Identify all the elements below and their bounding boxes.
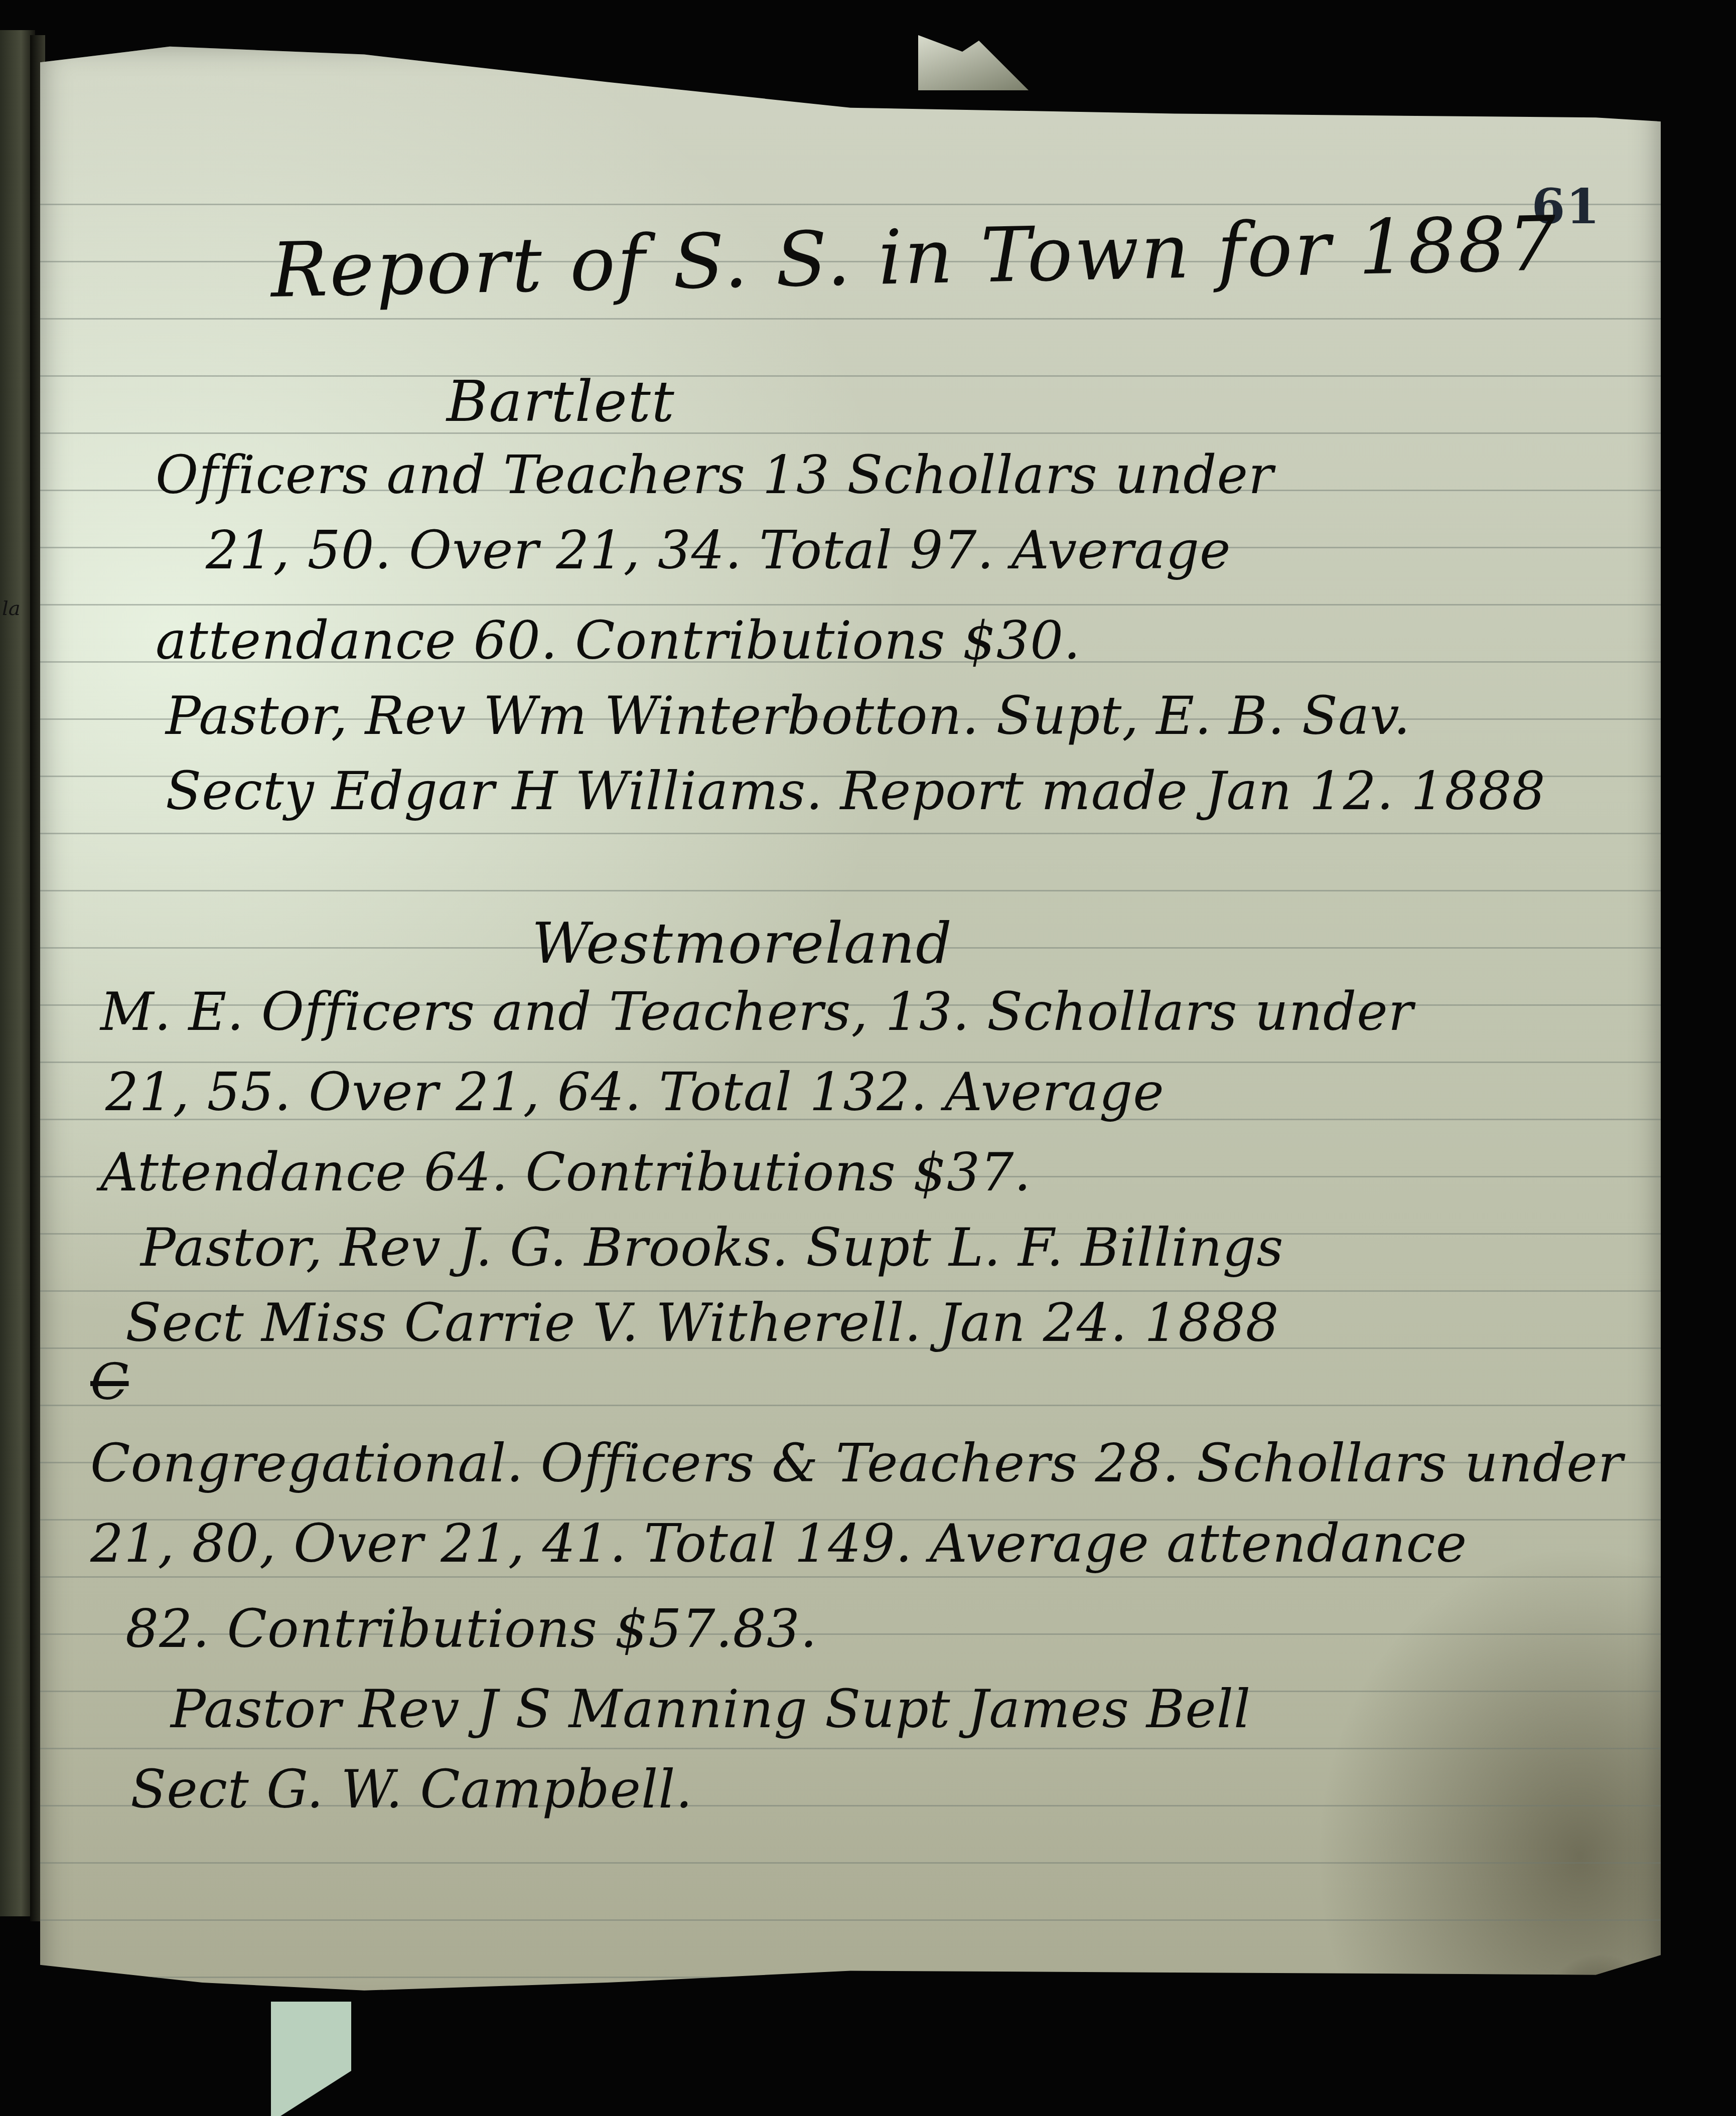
ledger-page: 61 Report of S. S. in Town for 1887 Bart… bbox=[40, 43, 1661, 2014]
report-line: Attendance 64. Contributions $37. bbox=[100, 1146, 1031, 1198]
report-line: Pastor, Rev Wm Winterbotton. Supt, E. B.… bbox=[166, 690, 1411, 742]
report-line: attendance 60. Contributions $30. bbox=[156, 615, 1081, 667]
report-line: Pastor, Rev J. G. Brooks. Supt L. F. Bil… bbox=[140, 1222, 1284, 1274]
report-line: 21, 55. Over 21, 64. Total 132. Average bbox=[105, 1066, 1165, 1118]
section-heading: Bartlett bbox=[447, 374, 675, 430]
report-line: M. E. Officers and Teachers, 13. Scholla… bbox=[100, 986, 1414, 1038]
struck-mark: C bbox=[90, 1357, 129, 1407]
report-line: Sect G. W. Campbell. bbox=[130, 1763, 693, 1816]
report-line: Pastor Rev J S Manning Supt James Bell bbox=[171, 1683, 1251, 1735]
report-line: Secty Edgar H Williams. Report made Jan … bbox=[166, 765, 1546, 817]
report-line: Congregational. Officers & Teachers 28. … bbox=[90, 1437, 1623, 1489]
report-line: Officers and Teachers 13 Schollars under bbox=[156, 449, 1274, 501]
report-line: Sect Miss Carrie V. Witherell. Jan 24. 1… bbox=[125, 1297, 1279, 1349]
section-heading: Westmoreland bbox=[532, 916, 953, 972]
report-line: 82. Contributions $57.83. bbox=[125, 1603, 817, 1655]
facing-page-fragment: la bbox=[2, 597, 21, 620]
report-line: 21, 50. Over 21, 34. Total 97. Average bbox=[206, 524, 1231, 576]
report-line: 21, 80, Over 21, 41. Total 149. Average … bbox=[90, 1518, 1467, 1570]
